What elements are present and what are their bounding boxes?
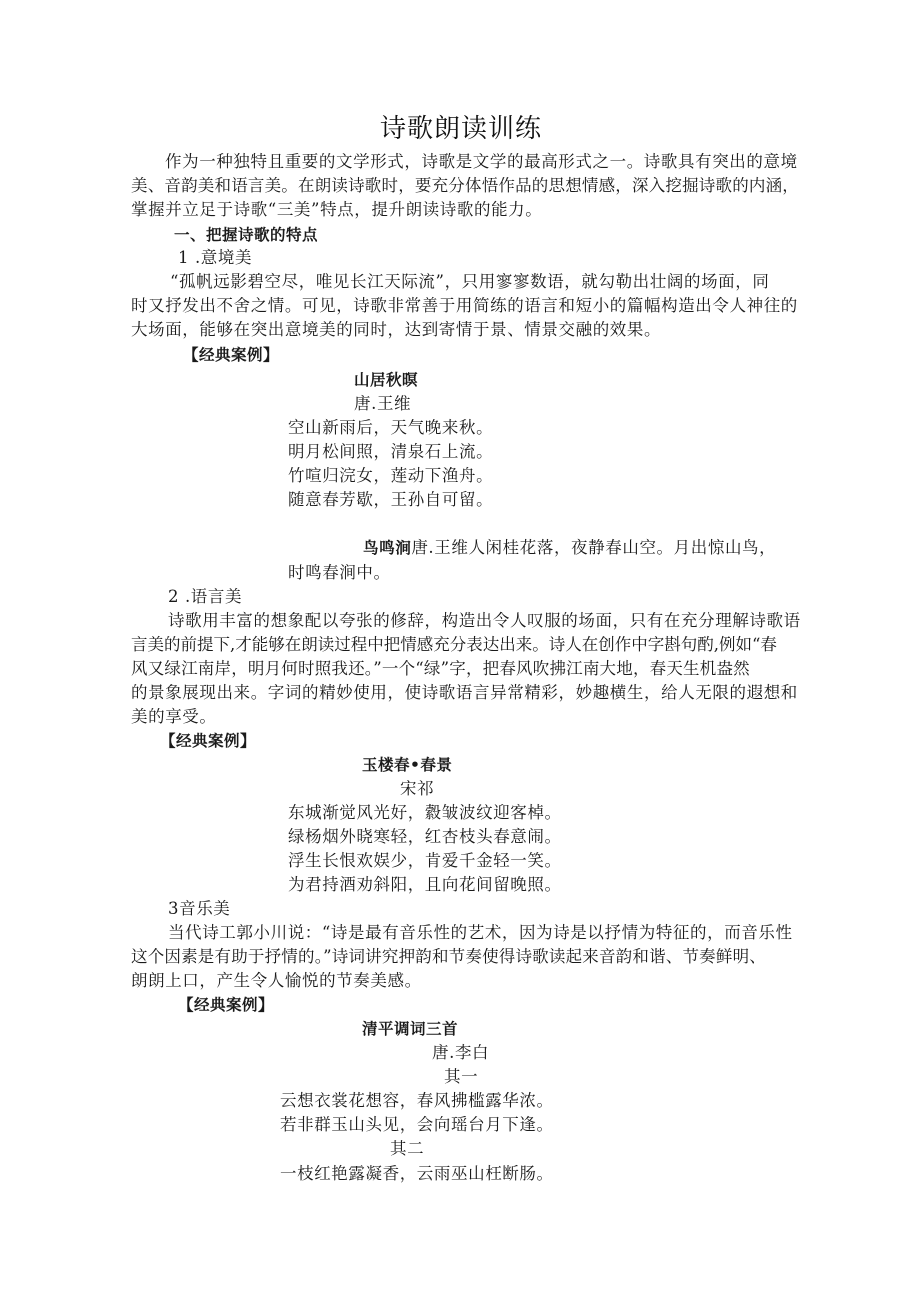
poem-author: 唐.李白 [432, 1043, 489, 1063]
poem-title: 清平调词三首 [362, 1019, 458, 1039]
body-line: 当代诗工郭小川说：“诗是最有音乐性的艺术，因为诗是以抒情为特征的，而音乐性 [168, 923, 793, 943]
subsection-heading: 2 .语言美 [168, 587, 242, 607]
poem-line: 随意春芳歇，王孙自可留。 [288, 490, 493, 510]
poem-line: 空山新雨后，天气晚来秋。 [288, 418, 493, 438]
subsection-heading: 3音乐美 [168, 899, 230, 919]
intro-line: 掌握并立足于诗歌“三美”特点，提升朗读诗歌的能力。 [131, 200, 542, 220]
poem2-line: 鸟鸣涧唐.王维人闲桂花落，夜静春山空。月出惊山鸟， [363, 538, 776, 558]
poem-part-label: 其一 [444, 1067, 478, 1087]
intro-line: 美、音韵美和语言美。在朗读诗歌时，要充分体悟作品的思想情感，深入挖掘诗歌的内涵， [131, 176, 799, 196]
poem-title: 山居秋暝 [354, 370, 418, 390]
poem-line: 若非群玉山头见，会向瑶台月下逢。 [280, 1115, 554, 1135]
page-title: 诗歌朗读训练 [380, 113, 542, 145]
body-line: 诗歌用丰富的想象配以夸张的修辞，构造出令人叹服的场面，只有在充分理解诗歌语 [168, 611, 801, 631]
body-line: 美的享受。 [131, 707, 217, 727]
poem-line: 绿杨烟外晓寒轻，红杏枝头春意闹。 [288, 827, 562, 847]
body-line: 时又抒发出不舍之情。可见，诗歌非常善于用简练的语言和短小的篇幅构造出令人神往的 [131, 296, 798, 316]
body-line: 的景象展现出来。字词的精妙使用，使诗歌语言异常精彩，妙趣横生，给人无限的遐想和 [131, 683, 798, 703]
body-line: 大场面，能够在突出意境美的同时，达到寄情于景、情景交融的效果。 [131, 320, 661, 340]
poem-line: 浮生长恨欢娱少，肯爱千金轻一笑。 [288, 851, 562, 871]
body-line: “孤帆远影碧空尽，唯见长江天际流”，只用寥寥数语，就勾勒出壮阔的场面，同 [170, 272, 769, 292]
section-heading: 一、把握诗歌的特点 [174, 225, 318, 245]
body-line: 风又绿江南岸，明月何时照我还。”一个“绿”字，把春风吹拂江南大地，春天生机盎然 [131, 659, 750, 679]
intro-line: 作为一种独特且重要的文学形式，诗歌是文学的最高形式之一。诗歌具有突出的意境 [165, 152, 798, 172]
body-line: 这个因素是有助于抒情的。”诗词讲究押韵和节奏使得诗歌读起来音韵和谐、节奏鲜明、 [131, 947, 766, 967]
poem-author: 宋祁 [400, 779, 434, 799]
poem-line: 云想衣裳花想容，春风拂槛露华浓。 [280, 1091, 554, 1111]
case-label: 【经典案例】 [183, 345, 279, 365]
poem2-title: 鸟鸣涧 [363, 539, 411, 557]
body-line: 言美的前提下,才能够在朗读过程中把情感充分表达出来。诗人在创作中字斟句酌,例如“… [131, 635, 777, 655]
poem-title: 玉楼春•春景 [362, 755, 452, 775]
poem-line: 东城渐觉风光好，縠皱波纹迎客棹。 [288, 803, 562, 823]
poem-line: 为君持酒劝斜阳，且向花间留晚照。 [288, 875, 562, 895]
poem-line: 明月松间照，清泉石上流。 [288, 442, 493, 462]
poem-line: 一枝红艳露凝香，云雨巫山枉断肠。 [280, 1164, 554, 1184]
poem2-line: 时鸣春涧中。 [288, 563, 391, 583]
poem2-author-and-text: 唐.王维人闲桂花落，夜静春山空。月出惊山鸟， [411, 538, 776, 557]
subsection-heading: 1 .意境美 [178, 248, 252, 268]
case-label: 【经典案例】 [178, 995, 274, 1015]
case-label: 【经典案例】 [160, 731, 256, 751]
body-line: 朗朗上口，产生令人愉悦的节奏美感。 [131, 971, 422, 991]
poem-line: 竹喧归浣女，莲动下渔舟。 [288, 466, 493, 486]
poem-part-label: 其二 [390, 1139, 424, 1159]
poem-author: 唐.王维 [354, 394, 411, 414]
